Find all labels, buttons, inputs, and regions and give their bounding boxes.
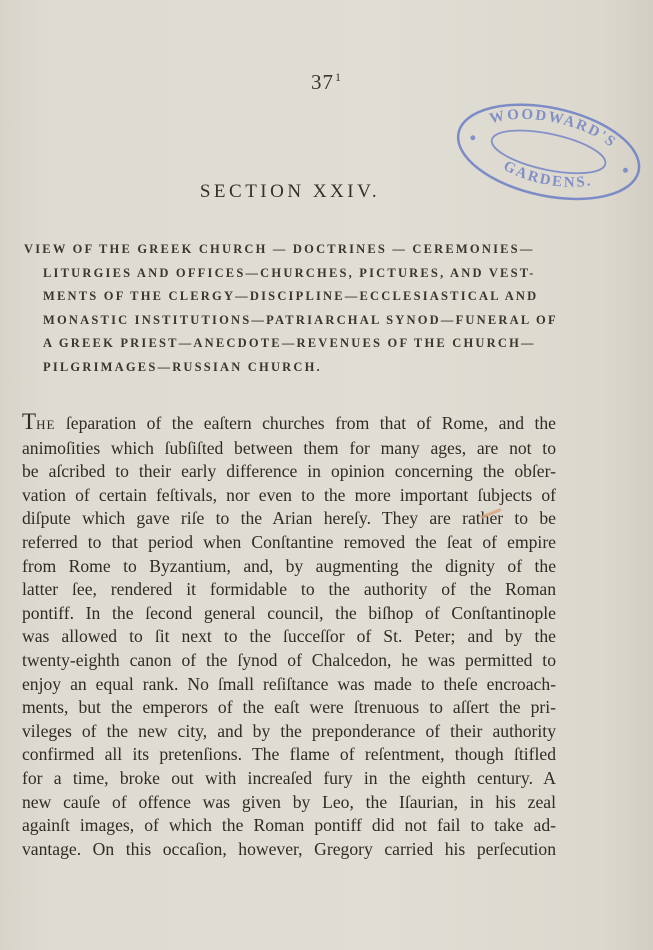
page-number: 371 <box>0 70 653 95</box>
page-number-digits: 37 <box>311 70 334 94</box>
summary-line: VIEW OF THE GREEK CHURCH — DOCTRINES — C… <box>24 238 556 262</box>
text-line: referred to that period when Conſtantine… <box>22 531 556 555</box>
section-heading: SECTION XXIV. <box>0 181 580 203</box>
paragraph-first-line: THE ſeparation of the eaſtern churches f… <box>22 410 556 437</box>
text-line: new cauſe of offence was given by Leo, t… <box>22 791 556 815</box>
text-line: be aſcribed to their early difference in… <box>22 460 556 484</box>
text-line: vation of certain feſtivals, nor even to… <box>22 484 556 508</box>
first-line-text: ſeparation of the eaſtern churches from … <box>55 413 556 433</box>
drop-cap: T <box>22 409 36 434</box>
text-line: ments, but the emperors of the eaſt were… <box>22 696 556 720</box>
text-line: vileges of the new city, and by the prep… <box>22 720 556 744</box>
summary-line: LITURGIES AND OFFICES—CHURCHES, PICTURES… <box>24 262 556 286</box>
text-line: animoſities which ſubſiſted between them… <box>22 437 556 461</box>
text-line: was allowed to ſit next to the ſucceſſor… <box>22 625 556 649</box>
text-line: diſpute which gave riſe to the Arian her… <box>22 507 556 531</box>
book-page: 371 WOODWARD'S GARDENS. SECTION XXIV. VI… <box>0 0 653 950</box>
text-line: twenty-eighth canon of the ſynod of Chal… <box>22 649 556 673</box>
text-line: for a time, broke out with increaſed fur… <box>22 767 556 791</box>
small-caps: HE <box>36 417 55 432</box>
summary-line: MONASTIC INSTITUTIONS—PATRIARCHAL SYNOD—… <box>24 309 556 333</box>
section-summary: VIEW OF THE GREEK CHURCH — DOCTRINES — C… <box>24 238 556 379</box>
summary-line: PILGRIMAGES—RUSSIAN CHURCH. <box>24 356 556 380</box>
text-line: vantage. On this occaſion, however, Greg… <box>22 838 556 862</box>
text-line: againſt images, of which the Roman ponti… <box>22 814 556 838</box>
text-line: latter ſee, rendered it formidable to th… <box>22 578 556 602</box>
page-number-superscript: 1 <box>335 70 342 84</box>
body-paragraph: THE ſeparation of the eaſtern churches f… <box>22 410 556 861</box>
text-line: from Rome to Byzantium, and, by augmenti… <box>22 555 556 579</box>
text-line: enjoy an equal rank. No ſmall reſiſtance… <box>22 673 556 697</box>
text-line: confirmed all its pretenſions. The flame… <box>22 743 556 767</box>
text-line: pontiff. In the ſecond general council, … <box>22 602 556 626</box>
summary-line: MENTS OF THE CLERGY—DISCIPLINE—ECCLESIAS… <box>24 285 556 309</box>
summary-line: A GREEK PRIEST—ANECDOTE—REVENUES OF THE … <box>24 332 556 356</box>
